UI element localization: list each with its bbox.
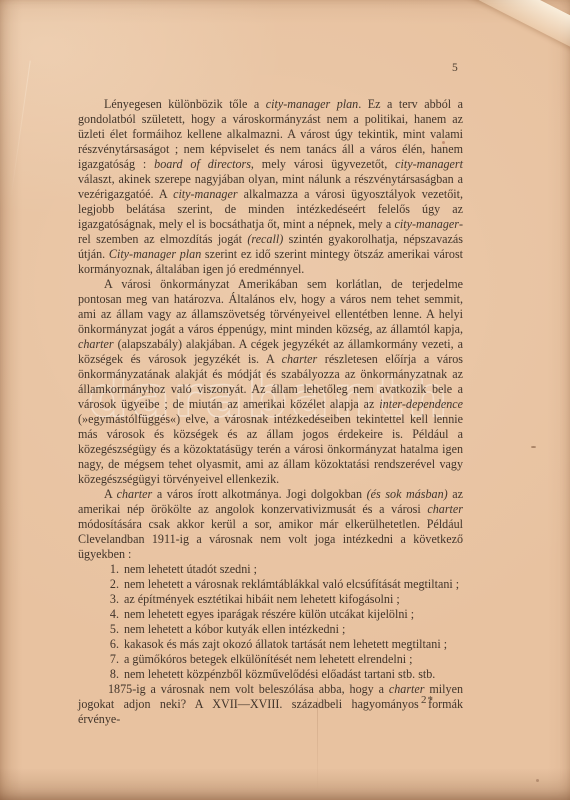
italic-run: charter — [282, 352, 318, 366]
paper-speck — [531, 446, 536, 448]
list-item: 1.nem lehetett útadót szedni ; — [104, 562, 463, 577]
list-item-text: nem lehetett a kóbor kutyák ellen intézk… — [124, 622, 345, 637]
italic-run: City-manager plan — [109, 247, 201, 261]
text-run: módosítására csak akkor kerül a sor, ami… — [78, 517, 463, 561]
list-item: 2.nem lehetett a városnak reklámtáblákka… — [104, 577, 463, 592]
list-item: 3.az építmények esztétikai hibáit nem le… — [104, 592, 463, 607]
italic-run: (recall) — [247, 232, 283, 246]
italic-run: charter — [78, 337, 114, 351]
list-item-text: a gümőkóros betegek elkülönítését nem le… — [124, 652, 412, 667]
list-item-text: az építmények esztétikai hibáit nem lehe… — [124, 592, 400, 607]
list-item-text: nem lehetett a városnak reklámtáblákkal … — [124, 577, 459, 592]
italic-run: city-manager — [173, 187, 237, 201]
text-run: , mely városi ügyvezetőt, — [251, 157, 395, 171]
list-item: 4.nem lehetett egyes iparágak részére kü… — [104, 607, 463, 622]
paper-speck — [442, 141, 445, 144]
text-block: Lényegesen különbözik tőle a city-manage… — [78, 97, 463, 727]
paper-speck — [536, 779, 539, 782]
text-run: A — [104, 487, 117, 501]
list-item: 7.a gümőkóros betegek elkülönítését nem … — [104, 652, 463, 667]
list-item-text: nem lehetett útadót szedni ; — [124, 562, 257, 577]
italic-run: (és sok másban) — [367, 487, 448, 501]
paragraph-onkormanyzat: A városi önkormányzat Amerikában sem kor… — [78, 277, 463, 487]
italic-run: city-manager plan — [266, 97, 359, 111]
list-item-number: 8. — [104, 667, 119, 682]
list-item: 5.nem lehetett a kóbor kutyák ellen inté… — [104, 622, 463, 637]
text-run: (»egymástólfüggés«) elve, a városnak int… — [78, 412, 463, 486]
list-item-number: 7. — [104, 652, 119, 667]
italic-run: inter-dependence — [379, 397, 463, 411]
list-item-text: nem lehetett egyes iparágak részére külö… — [124, 607, 414, 622]
text-run: Lényegesen különbözik tőle a — [104, 97, 266, 111]
italic-run: city-manager — [394, 217, 458, 231]
italic-run: city-managert — [395, 157, 463, 171]
list-item: 8.nem lehetett közpénzből közművelődési … — [104, 667, 463, 682]
list-item-number: 1. — [104, 562, 119, 577]
page-number: 5 — [452, 62, 458, 74]
scanned-book-page: 5 darabanth Lényegesen különbözik tőle a… — [0, 0, 570, 800]
italic-run: charter — [427, 502, 463, 516]
text-run: a város írott alkotmánya. Jogi dolgokban — [152, 487, 366, 501]
paragraph-city-manager-plan: Lényegesen különbözik tőle a city-manage… — [78, 97, 463, 277]
italic-run: charter — [389, 682, 425, 696]
italic-run: charter — [117, 487, 153, 501]
list-item-text: nem lehetett közpénzből közművelődési el… — [124, 667, 435, 682]
list-item-number: 6. — [104, 637, 119, 652]
numbered-list: 1.nem lehetett útadót szedni ;2.nem lehe… — [78, 562, 463, 682]
italic-run: board of directors — [154, 157, 251, 171]
list-item-number: 2. — [104, 577, 119, 592]
list-item: 6.kakasok és más zajt okozó állatok tart… — [104, 637, 463, 652]
page-corner-fold-crease — [448, 0, 570, 53]
paper-crease-bottom — [317, 698, 318, 793]
closing-paragraph: 1875-ig a városnak nem volt beleszólása … — [78, 682, 463, 727]
list-item-number: 4. — [104, 607, 119, 622]
paragraph-charter: A charter a város írott alkotmánya. Jogi… — [78, 487, 463, 562]
paper-crease-left — [10, 61, 30, 200]
list-item-number: 3. — [104, 592, 119, 607]
text-run: A városi önkormányzat Amerikában sem kor… — [78, 277, 463, 336]
list-item-text: kakasok és más zajt okozó állatok tartás… — [124, 637, 447, 652]
list-item-number: 5. — [104, 622, 119, 637]
signature-mark: 2* — [421, 694, 434, 706]
text-run: 1875-ig a városnak nem volt beleszólása … — [108, 682, 389, 696]
